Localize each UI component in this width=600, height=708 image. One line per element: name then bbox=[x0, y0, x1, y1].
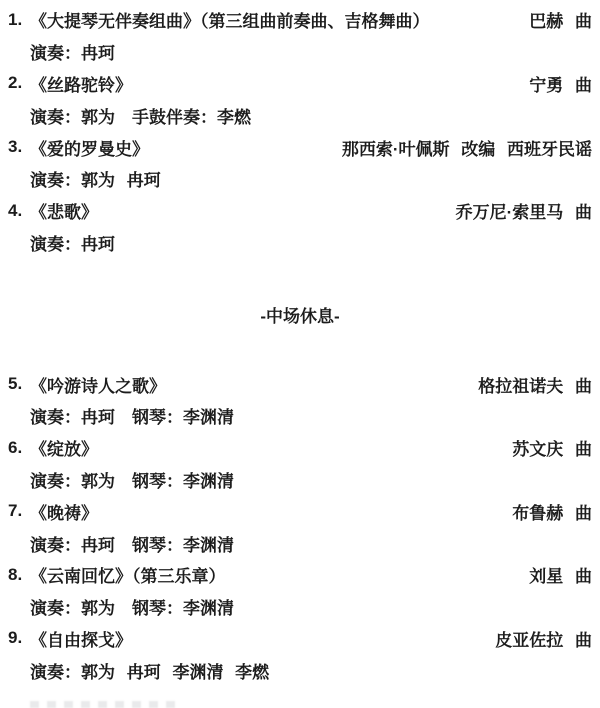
performers-row: 演奏：郭为 手鼓伴奏：李燃 bbox=[8, 99, 592, 131]
performers-row: 演奏：郭为 钢琴：李渊清 bbox=[8, 464, 592, 496]
piece-title: 《悲歌》 bbox=[30, 198, 98, 223]
performers-text: 演奏：冉珂 bbox=[30, 39, 115, 64]
performers-text: 演奏：郭为 钢琴：李渊清 bbox=[30, 594, 234, 619]
programme-item-title-row: 1. 《大提琴无伴奏组曲》（第三组曲前奏曲、吉格舞曲） 巴赫 曲 bbox=[8, 4, 592, 36]
programme-item-title-row: 6. 《绽放》 苏文庆 曲 bbox=[8, 432, 592, 464]
programme-item-title-row: 4. 《悲歌》 乔万尼·索里马 曲 bbox=[8, 195, 592, 227]
piece-title: 《吟游诗人之歌》 bbox=[30, 372, 166, 397]
intermission-label: -中场休息- bbox=[8, 298, 592, 330]
piece-title: 《爱的罗曼史》 bbox=[30, 135, 149, 160]
piece-title: 《丝路驼铃》 bbox=[30, 71, 132, 96]
programme-page: 1. 《大提琴无伴奏组曲》（第三组曲前奏曲、吉格舞曲） 巴赫 曲 演奏：冉珂 2… bbox=[0, 0, 600, 708]
item-number: 4. bbox=[8, 201, 30, 221]
composer-credit: 宁勇 曲 bbox=[132, 71, 592, 96]
item-number: 5. bbox=[8, 374, 30, 394]
programme-list: 1. 《大提琴无伴奏组曲》（第三组曲前奏曲、吉格舞曲） 巴赫 曲 演奏：冉珂 2… bbox=[0, 0, 600, 686]
composer-credit: 乔万尼·索里马 曲 bbox=[98, 198, 592, 223]
performers-text: 演奏：冉珂 钢琴：李渊清 bbox=[30, 531, 234, 556]
performers-text: 演奏：郭为 冉珂 bbox=[30, 166, 161, 191]
programme-item-title-row: 8. 《云南回忆》（第三乐章） 刘星 曲 bbox=[8, 559, 592, 591]
performers-text: 演奏：冉珂 钢琴：李渊清 bbox=[30, 403, 234, 428]
performers-text: 演奏：冉珂 bbox=[30, 230, 115, 255]
bottom-cutoff-artifact bbox=[30, 701, 180, 708]
piece-title: 《自由探戈》 bbox=[30, 626, 132, 651]
composer-credit: 刘星 曲 bbox=[226, 562, 593, 587]
item-number: 6. bbox=[8, 438, 30, 458]
piece-title: 《云南回忆》（第三乐章） bbox=[30, 562, 226, 587]
item-number: 2. bbox=[8, 73, 30, 93]
composer-credit: 布鲁赫 曲 bbox=[98, 499, 592, 524]
performers-text: 演奏：郭为 冉珂 李渊清 李燃 bbox=[30, 658, 269, 683]
performers-row: 演奏：郭为 冉珂 李渊清 李燃 bbox=[8, 654, 592, 686]
piece-title: 《大提琴无伴奏组曲》（第三组曲前奏曲、吉格舞曲） bbox=[30, 7, 430, 32]
performers-row: 演奏：冉珂 bbox=[8, 227, 592, 259]
item-number: 1. bbox=[8, 10, 30, 30]
performers-text: 演奏：郭为 手鼓伴奏：李燃 bbox=[30, 103, 251, 128]
performers-row: 演奏：冉珂 bbox=[8, 36, 592, 68]
composer-credit: 巴赫 曲 bbox=[430, 7, 593, 32]
item-number: 7. bbox=[8, 501, 30, 521]
item-number: 3. bbox=[8, 137, 30, 157]
piece-title: 《绽放》 bbox=[30, 435, 98, 460]
composer-credit: 苏文庆 曲 bbox=[98, 435, 592, 460]
programme-item-title-row: 2. 《丝路驼铃》 宁勇 曲 bbox=[8, 68, 592, 100]
performers-text: 演奏：郭为 钢琴：李渊清 bbox=[30, 467, 234, 492]
item-number: 9. bbox=[8, 628, 30, 648]
programme-item-title-row: 7. 《晚祷》 布鲁赫 曲 bbox=[8, 495, 592, 527]
performers-row: 演奏：冉珂 钢琴：李渊清 bbox=[8, 527, 592, 559]
programme-item-title-row: 3. 《爱的罗曼史》 那西索·叶佩斯 改编 西班牙民谣 bbox=[8, 131, 592, 163]
item-number: 8. bbox=[8, 565, 30, 585]
composer-credit: 皮亚佐拉 曲 bbox=[132, 626, 592, 651]
programme-item-title-row: 9. 《自由探戈》 皮亚佐拉 曲 bbox=[8, 623, 592, 655]
composer-credit: 格拉祖诺夫 曲 bbox=[166, 372, 592, 397]
programme-item-title-row: 5. 《吟游诗人之歌》 格拉祖诺夫 曲 bbox=[8, 368, 592, 400]
performers-row: 演奏：郭为 钢琴：李渊清 bbox=[8, 591, 592, 623]
performers-row: 演奏：冉珂 钢琴：李渊清 bbox=[8, 400, 592, 432]
performers-row: 演奏：郭为 冉珂 bbox=[8, 163, 592, 195]
piece-title: 《晚祷》 bbox=[30, 499, 98, 524]
composer-credit: 那西索·叶佩斯 改编 西班牙民谣 bbox=[149, 135, 592, 160]
